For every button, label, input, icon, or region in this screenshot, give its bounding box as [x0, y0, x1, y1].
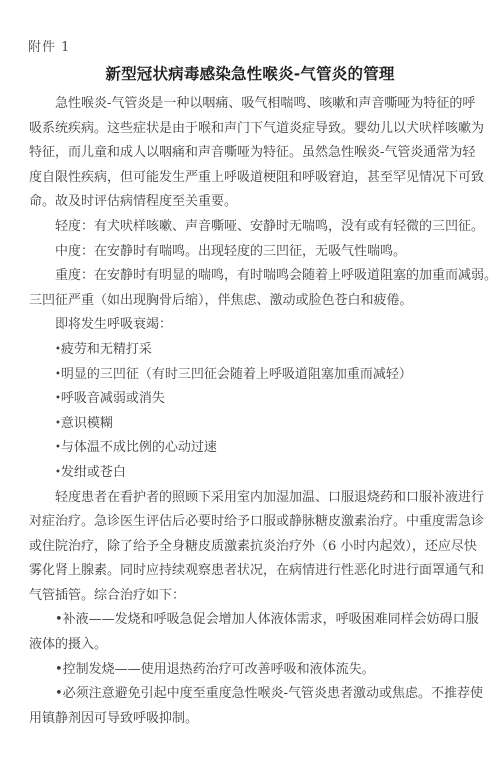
document-page: 附件 1 新型冠状病毒感染急性喉炎-气管炎的管理 急性喉炎-气管炎是一种以咽痛、… — [0, 0, 500, 764]
treatment-line: 雾化肾上腺素。同时应持续观察患者状况，在病情进行性恶化时进行面罩通气和 — [29, 559, 471, 584]
intro-line: 特征，而儿童和成人以咽痛和声音嘶哑为特征。虽然急性喉炎-气管炎通常为轻 — [29, 141, 471, 166]
intro-line: 度自限性疾病，但可能发生严重上呼吸道梗阻和呼吸窘迫，甚至罕见情况下可致 — [29, 166, 471, 191]
item-text: 呼吸音减弱或消失 — [61, 391, 165, 406]
severity-moderate: 中度：在安静时有喘鸣。出现轻度的三凹征，无吸气性喘鸣。 — [29, 240, 471, 265]
treatment-line: 气管插管。综合治疗如下： — [29, 584, 471, 609]
impending-failure-item: •明显的三凹征（有时三凹征会随着上呼吸道阻塞加重而减轻） — [29, 363, 471, 388]
intro-paragraph: 急性喉炎-气管炎是一种以咽痛、吸气相喘鸣、咳嗽和声音嘶哑为特征的呼 吸系统疾病。… — [29, 92, 471, 215]
impending-failure-heading: 即将发生呼吸衰竭： — [29, 313, 471, 338]
item-text: 意识模糊 — [61, 416, 113, 431]
severity-severe-line: 三凹征严重（如出现胸骨后缩），伴焦虑、激动或脸色苍白和疲倦。 — [29, 289, 471, 314]
impending-failure-item: •与体温不成比例的心动过速 — [29, 436, 471, 461]
severity-section: 轻度：有犬吠样咳嗽、声音嘶哑、安静时无喘鸣，没有或有轻微的三凹征。 中度：在安静… — [29, 215, 471, 313]
severity-mild: 轻度：有犬吠样咳嗽、声音嘶哑、安静时无喘鸣，没有或有轻微的三凹征。 — [29, 215, 471, 240]
treatment-line: 对症治疗。急诊医生评估后必要时给予口服或静脉糖皮激素治疗。中重度需急诊 — [29, 510, 471, 535]
impending-failure-section: 即将发生呼吸衰竭： •疲劳和无精打采 •明显的三凹征（有时三凹征会随着上呼吸道阻… — [29, 313, 471, 485]
item-text: 与体温不成比例的心动过速 — [61, 440, 217, 455]
treatment-line: 轻度患者在看护者的照顾下采用室内加湿加温、口服退烧药和口服补液进行 — [29, 486, 471, 511]
fluids-line: 液体的摄入。 — [29, 633, 471, 658]
intro-line: 命。故及时评估病情程度至关重要。 — [29, 190, 471, 215]
impending-failure-item: •意识模糊 — [29, 412, 471, 437]
document-title: 新型冠状病毒感染急性喉炎-气管炎的管理 — [0, 62, 500, 84]
treatment-paragraph: 轻度患者在看护者的照顾下采用室内加湿加温、口服退烧药和口服补液进行 对症治疗。急… — [29, 486, 471, 609]
item-text: 发绀或苍白 — [61, 465, 126, 480]
impending-failure-item: •疲劳和无精打采 — [29, 338, 471, 363]
impending-failure-item: •呼吸音减弱或消失 — [29, 387, 471, 412]
caution-line: 用镇静剂因可导致呼吸抑制。 — [29, 707, 471, 732]
intro-line: 吸系统疾病。这些症状是由于喉和声门下气道炎症导致。婴幼儿以犬吠样咳嗽为 — [29, 117, 471, 142]
item-text: 疲劳和无精打采 — [61, 342, 152, 357]
item-text: 明显的三凹征（有时三凹征会随着上呼吸道阻塞加重而减轻） — [61, 367, 412, 382]
document-body: 急性喉炎-气管炎是一种以咽痛、吸气相喘鸣、咳嗽和声音嘶哑为特征的呼 吸系统疾病。… — [29, 92, 471, 731]
comprehensive-treatment-section: •补液——发烧和呼吸急促会增加人体液体需求，呼吸困难同样会妨碍口服 液体的摄入。… — [29, 608, 471, 731]
intro-line: 急性喉炎-气管炎是一种以咽痛、吸气相喘鸣、咳嗽和声音嘶哑为特征的呼 — [29, 92, 471, 117]
fever-control-line: •控制发烧——使用退热药治疗可改善呼吸和液体流失。 — [29, 658, 471, 683]
caution-line: •必须注意避免引起中度至重度急性喉炎-气管炎患者激动或焦虑。不推荐使 — [29, 682, 471, 707]
severity-severe-line: 重度：在安静时有明显的喘鸣，有时喘鸣会随着上呼吸道阻塞的加重而减弱。 — [29, 264, 471, 289]
fluids-line: •补液——发烧和呼吸急促会增加人体液体需求，呼吸困难同样会妨碍口服 — [29, 608, 471, 633]
impending-failure-item: •发绀或苍白 — [29, 461, 471, 486]
treatment-line: 或住院治疗，除了给予全身糖皮质激素抗炎治疗外（6 小时内起效），还应尽快 — [29, 535, 471, 560]
attachment-label: 附件 1 — [28, 36, 70, 55]
